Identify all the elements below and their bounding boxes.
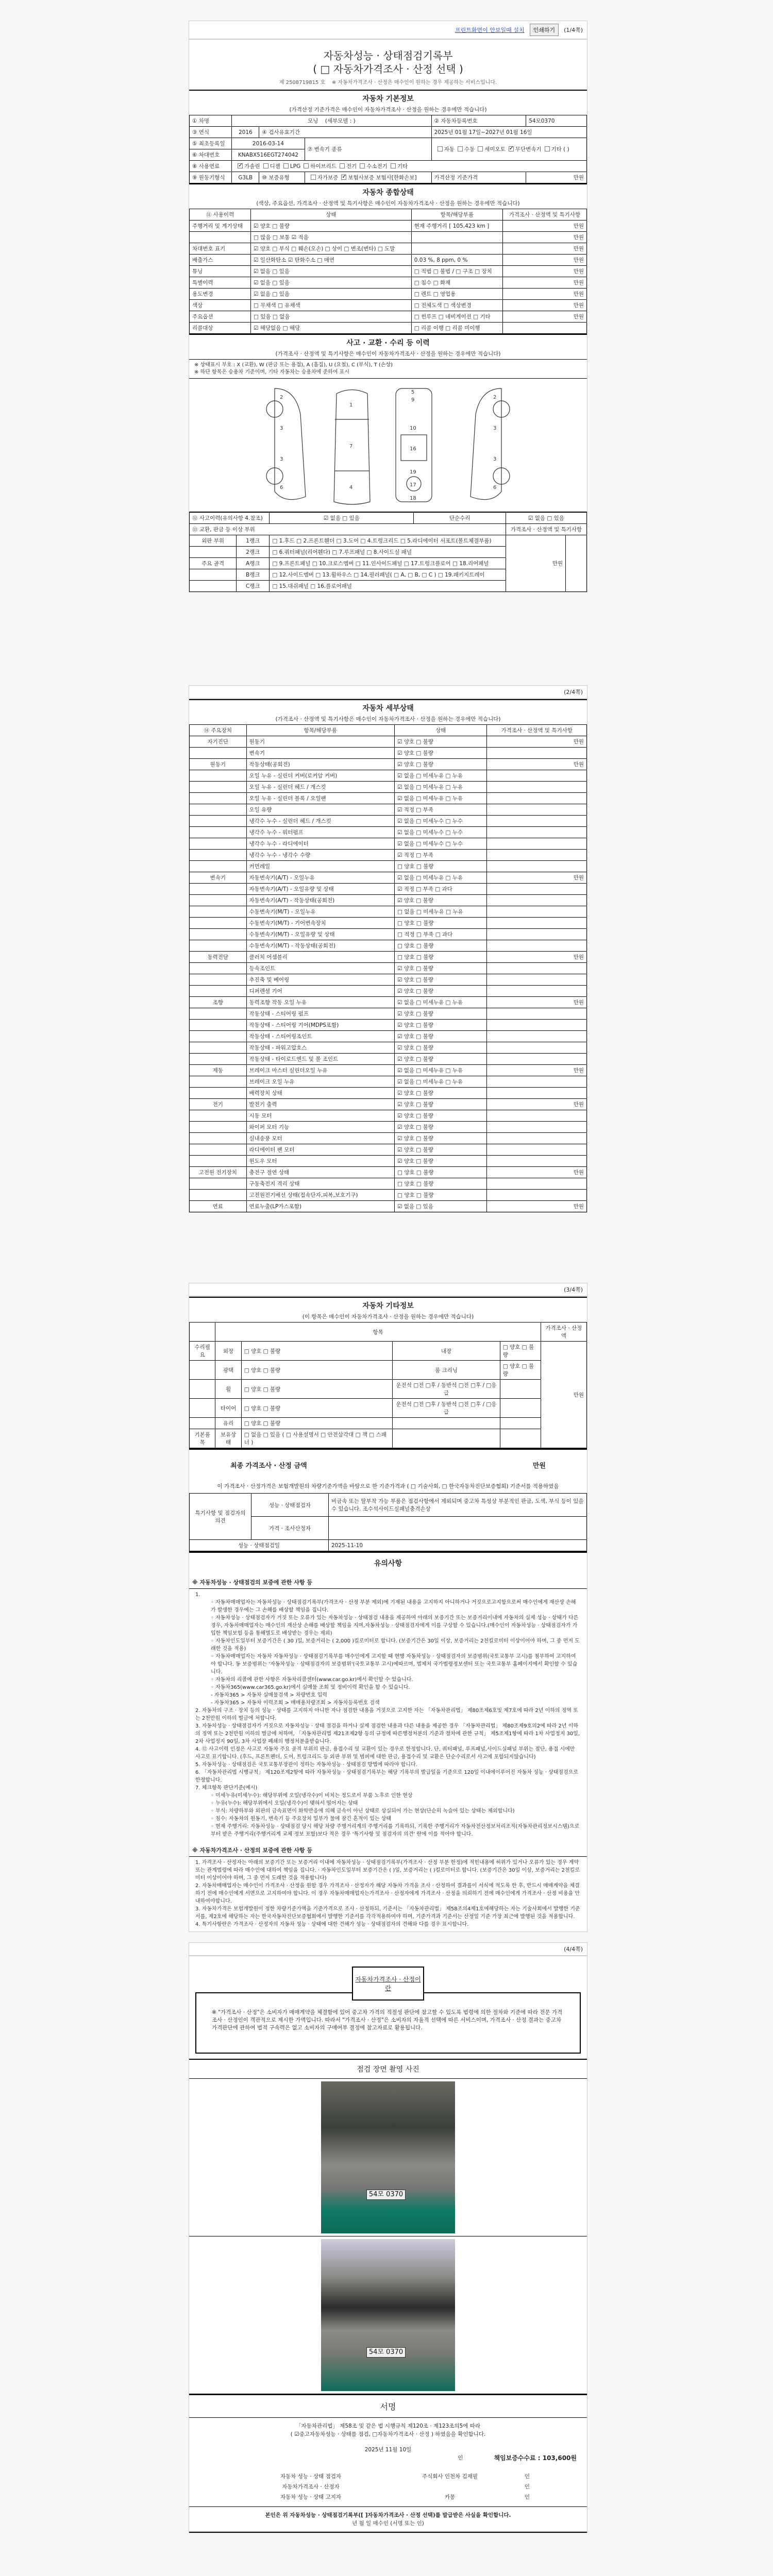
unit: 만원 bbox=[487, 1201, 587, 1212]
warranty-fee: 책임보증수수료 : 103,600원 bbox=[494, 2454, 577, 2462]
status-options[interactable]: □ 양호 □ 불량 bbox=[394, 1167, 487, 1178]
unit bbox=[487, 906, 587, 918]
status-options[interactable]: ☑ 양호 □ 불량 bbox=[394, 1110, 487, 1122]
unit: 만원 bbox=[502, 255, 586, 266]
status-options[interactable]: □ 많음 □ 보통 ☑ 적음 bbox=[251, 232, 412, 243]
device-label bbox=[190, 1088, 247, 1099]
device-label bbox=[190, 748, 247, 759]
status-options[interactable]: ☑ 없음 □ 미세누수 □ 누수 bbox=[394, 838, 487, 850]
item-label: 타이어 bbox=[215, 1399, 241, 1418]
section-note: (색상, 주요옵션, 가격조사 · 산정액 및 특기사항은 매수인이 자동차가격… bbox=[189, 199, 587, 207]
basic-info-table: ① 차명 모닝 (세부모델 : ) ② 자동차등록번호 54모0370 ③ 연식… bbox=[189, 115, 587, 183]
status-options[interactable]: ☑ 양호 □ 불량 bbox=[394, 759, 487, 770]
detail-table: ⑭ 주요장치항목/해당부품상태가격조사 · 산정액 및 특기사항 자기진단원동기… bbox=[189, 724, 587, 1212]
status-options[interactable]: ☑ 양호 □ 불량 bbox=[394, 895, 487, 906]
status-options[interactable]: ☑ 없음 □ 미세누유 □ 누유 bbox=[394, 793, 487, 804]
checkbox[interactable] bbox=[341, 175, 346, 180]
status-options[interactable]: ☑ 양호 □ 불량 bbox=[394, 1054, 487, 1065]
item-label: 클러치 어셈블리 bbox=[246, 952, 394, 963]
device-label bbox=[190, 1042, 247, 1054]
simple-repair-options[interactable]: ☑ 없음 □ 있음 bbox=[506, 513, 586, 524]
checkbox[interactable] bbox=[311, 175, 316, 180]
table-row: 작동상태 - 스티어링 기어(MDPS포함)☑ 양호 □ 불량 bbox=[190, 1020, 587, 1031]
group-label bbox=[190, 1361, 215, 1380]
item-label: 추진축 및 베어링 bbox=[246, 974, 394, 986]
item-detail: 0.03 %, 8 ppm, 0 % bbox=[411, 255, 502, 266]
checkbox[interactable] bbox=[238, 163, 243, 168]
column-header: ⑭ 주요장치 bbox=[190, 725, 247, 736]
group-label bbox=[190, 581, 237, 592]
status-options[interactable] bbox=[500, 1380, 541, 1399]
status-options[interactable]: □ 양호 □ 불량 bbox=[394, 1178, 487, 1190]
accident-table: ⑫ 사고이력(유의사항 4.참조) ☑ 없음 □ 있음 단순수리 ☑ 없음 □ … bbox=[189, 512, 587, 592]
receipt-block: 본인은 위 자동차성능 · 상태점검기록부([ ]자동차가격조사 · 산정 선택… bbox=[189, 2506, 587, 2533]
table-row: 수동변속기(M/T) - 작동상태(공회전)□ 양호 □ 불량 bbox=[190, 940, 587, 952]
row-label: 튜닝 bbox=[190, 266, 251, 277]
status-options[interactable]: ☑ 양호 □ 불량 bbox=[394, 986, 487, 997]
option-label: 세미오토 bbox=[484, 146, 506, 152]
section-title: 서명 bbox=[189, 2400, 587, 2412]
unit: 만원 bbox=[487, 952, 587, 963]
table-row: 오일 누유 - 실린더 블록 / 오일팬☑ 없음 □ 미세누유 □ 누유 bbox=[190, 793, 587, 804]
status-options[interactable]: □ 양호 □ 불량 bbox=[241, 1361, 393, 1380]
notice-item: ◦ 누유(누수): 해당부위에서 오일(냉각수)이 맺혀서 떨어지는 상태 bbox=[195, 1800, 581, 1807]
status-options[interactable]: ☑ 없음 □ 미세누수 □ 누수 bbox=[394, 827, 487, 838]
legend-line: ※ 하단 항목은 승용차 기준이며, 기타 자동차는 승용차에 준하여 표시 bbox=[194, 369, 582, 376]
column-header: 가격조사 · 산정액 및 특기사항 bbox=[502, 209, 586, 221]
status-options[interactable]: ☑ 양호 □ 불량 bbox=[394, 1088, 487, 1099]
table-row: 특별이력☑ 없음 □ 있음□ 침수 □ 화재만원 bbox=[190, 277, 587, 289]
about-text: ※ "가격조사 · 산정"은 소비자가 매매계약을 체결함에 있어 중고차 가격… bbox=[195, 1992, 581, 2054]
item-label: 광택 bbox=[215, 1361, 241, 1380]
table-row: 냉각수 누수 - 냉각수 수량☑ 적정 □ 부족 bbox=[190, 850, 587, 861]
table-row: 구동축전지 격리 상태□ 양호 □ 불량 bbox=[190, 1178, 587, 1190]
notice-title: ※ 자동차성능 · 상태점검의 보증에 관한 사항 등 bbox=[189, 1577, 587, 1589]
device-label bbox=[190, 1122, 247, 1133]
item-label: 작동상태 - 파워고압호스 bbox=[246, 1042, 394, 1054]
unit bbox=[487, 1020, 587, 1031]
status-options[interactable]: ☑ 양호 □ 불량 bbox=[251, 221, 412, 232]
item-label: 수동변속기(M/T) - 작동상태(공회전) bbox=[246, 940, 394, 952]
notice-item: ◦ 부식: 차량하부와 외판의 금속표면이 화학반응에 의해 금속이 아닌 상태… bbox=[195, 1807, 581, 1815]
group-label bbox=[190, 1418, 215, 1429]
unit bbox=[487, 1178, 587, 1190]
item-label: 라디에이터 팬 모터 bbox=[246, 1144, 394, 1156]
status-options[interactable]: ☑ 없음 □ 미세누유 □ 누유 bbox=[394, 782, 487, 793]
group-label: 외판 부위 bbox=[190, 535, 237, 547]
notice-item: 1. bbox=[195, 1591, 581, 1599]
status-options[interactable]: □ 양호 □ 불량 bbox=[241, 1399, 393, 1418]
status-options[interactable]: ☑ 적정 □ 부족 bbox=[394, 804, 487, 816]
status-options[interactable]: ☑ 없음 □ 미세누유 □ 누유 bbox=[394, 770, 487, 782]
table-row: 휠□ 양호 □ 불량운전석 □전 □후 / 동반석 □전 □후 / □응급 bbox=[190, 1380, 587, 1399]
inspector-opinion: 비금속 또는 탈부착 가능 부품은 점검사항에서 제외되며 중고차 특성상 부분… bbox=[329, 1494, 587, 1517]
device-label bbox=[190, 1008, 247, 1020]
status-options[interactable]: □ 없음 □ 있음 ( □ 사용설명서 □ 안전삼각대 □ 잭 □ 스패너 ) bbox=[241, 1429, 393, 1448]
table-row: 냉각수 누수 - 워터펌프☑ 없음 □ 미세누수 □ 누수 bbox=[190, 827, 587, 838]
notice-item: ◦ 침수: 자동차의 원동기, 변속기 등 주요장치 일부가 물에 잠긴 흔적이… bbox=[195, 1815, 581, 1823]
status-options[interactable]: ☑ 없음 □ 미세누수 □ 누수 bbox=[394, 816, 487, 827]
label: ② 자동차등록번호 bbox=[431, 115, 526, 127]
checkbox[interactable] bbox=[304, 163, 309, 168]
section-title: 유의사항 bbox=[189, 1558, 587, 1568]
notice-item: ◦ 미세누유(미세누수): 해당부위에 오일(냉각수)이 비치는 정도로서 부품… bbox=[195, 1792, 581, 1800]
notice-item: 3. 자동차가격은 보험개발원이 정한 차량기준가액을 기준가격으로 조사 · … bbox=[195, 1905, 581, 1921]
notices-heading: 유의사항 bbox=[189, 1551, 587, 1573]
status-options[interactable]: ☑ 적정 □ 부족 □ 과다 bbox=[394, 884, 487, 895]
item-label: 작동상태 - 스티어링 펌프 bbox=[246, 1008, 394, 1020]
unit: 만원 bbox=[502, 243, 586, 255]
group-label bbox=[190, 547, 237, 558]
document-viewer: 프린트화면이 안보일때 설치 인쇄하기 (1/4쪽) 자동차성능 · 상태점검기… bbox=[0, 0, 773, 2576]
device-label bbox=[190, 804, 247, 816]
device-label bbox=[190, 1031, 247, 1042]
status-options[interactable]: ☑ 일산화탄소 ☑ 탄화수소 □ 매연 bbox=[251, 255, 412, 266]
status-options[interactable]: □ 양호 □ 불량 bbox=[500, 1342, 541, 1361]
checkbox[interactable] bbox=[283, 163, 289, 168]
status-options[interactable]: ☑ 해당없음 □ 해당 bbox=[251, 323, 412, 334]
status-options[interactable] bbox=[500, 1429, 541, 1448]
item-label: 고전원전기배선 상태(접속단자,피복,보호기구) bbox=[246, 1190, 394, 1201]
table-row: 고전원 전기장치충전구 절연 상태□ 양호 □ 불량만원 bbox=[190, 1167, 587, 1178]
svg-text:3: 3 bbox=[280, 456, 283, 462]
status-options[interactable]: ☑ 양호 □ 불량 bbox=[394, 1099, 487, 1110]
item-label: 오일 유량 bbox=[246, 804, 394, 816]
status-options[interactable]: ☑ 없음 □ 미세누유 □ 누유 bbox=[394, 1065, 487, 1076]
table-row: 튜닝☑ 없음 □ 있음□ 적법 □ 불법 / □ 구조 □ 장치만원 bbox=[190, 266, 587, 277]
checkbox[interactable] bbox=[478, 146, 483, 151]
item-label: 냉각수 누수 - 라디에이터 bbox=[246, 838, 394, 850]
about-title: 자동차가격조사 · 산정이란 bbox=[352, 1967, 424, 2001]
status-options[interactable]: ☑ 양호 □ 불량 bbox=[394, 1156, 487, 1167]
section-title: 점검 장면 촬영 사진 bbox=[189, 2064, 587, 2074]
device-label bbox=[190, 1156, 247, 1167]
install-link[interactable]: 프린트화면이 안보일때 설치 bbox=[455, 26, 525, 34]
unit bbox=[487, 1031, 587, 1042]
row-label: 용도변경 bbox=[190, 289, 251, 300]
checkbox[interactable] bbox=[360, 163, 365, 168]
page-header: (3/4쪽) bbox=[189, 1283, 587, 1297]
svg-text:3: 3 bbox=[493, 456, 496, 462]
option-label: 기타 bbox=[397, 163, 408, 170]
status-options[interactable]: □ 양호 □ 불량 bbox=[394, 940, 487, 952]
column-header: 상태 bbox=[394, 725, 487, 736]
checkbox[interactable] bbox=[438, 146, 443, 151]
status-options[interactable]: ☑ 양호 □ 부식 □ 훼손(오손) □ 상이 □ 변조(변타) □ 도말 bbox=[251, 243, 412, 255]
rank-label: 1랭크 bbox=[237, 535, 270, 547]
row-label: 색상 bbox=[190, 300, 251, 311]
status-options[interactable]: ☑ 없음 □ 미세누유 □ 누유 bbox=[394, 997, 487, 1008]
item-label: 냉각수 누수 - 실린더 헤드 / 개스킷 bbox=[246, 816, 394, 827]
notice-item: ◦ 자동차인도일부터 보증기간은 ( 30 )일, 보증거리는 ( 2,000 … bbox=[195, 1637, 581, 1653]
item-label: 브레이크 마스터 실린더오일 누유 bbox=[246, 1065, 394, 1076]
unit: 만원 bbox=[487, 997, 587, 1008]
item-label bbox=[393, 1418, 500, 1429]
unit bbox=[487, 1133, 587, 1144]
status-options[interactable]: ☑ 적정 □ 부족 bbox=[394, 850, 487, 861]
status-options[interactable]: ☑ 없음 □ 있음 bbox=[251, 277, 412, 289]
unit bbox=[487, 838, 587, 850]
group-label: 기본품목 bbox=[190, 1429, 215, 1448]
rank-label: B랭크 bbox=[237, 569, 270, 581]
page-number: (3/4쪽) bbox=[564, 1285, 583, 1294]
print-toolbar: 프린트화면이 안보일때 설치 인쇄하기 (1/4쪽) bbox=[189, 21, 587, 40]
remarks bbox=[566, 535, 587, 592]
warranty-self: 자가보증 bbox=[317, 175, 339, 181]
part-options[interactable]: □ 6.쿼터패널(리어휀다) □ 7.루프패널 □ 8.사이드실 패널 bbox=[270, 547, 506, 558]
status-options[interactable]: ☑ 양호 □ 불량 bbox=[394, 963, 487, 974]
part-options[interactable]: □ 12.사이드멤버 □ 13.휠하우스 □ 14.필러패널( □ A, □ B… bbox=[270, 569, 506, 581]
buyer-line: 년 월 일 매수인 (서명 또는 인) bbox=[189, 2519, 587, 2528]
signer-role: 자동차 성능 · 상태 고지자 bbox=[239, 2492, 383, 2502]
status-options[interactable]: ☑ 양호 □ 불량 bbox=[394, 1020, 487, 1031]
status-options[interactable]: ☑ 양호 □ 불량 bbox=[394, 736, 487, 748]
label: ① 차명 bbox=[190, 115, 232, 127]
svg-text:7: 7 bbox=[349, 444, 352, 449]
notice-item: ◦ 자동차매매업자는 자동차 자동차성능 · 상태점검기록부를 매수인에게 고지… bbox=[195, 1653, 581, 1676]
table-row: 타이어□ 양호 □ 불량운전석 □전 □후 / 동반석 □전 □후 / □응급 bbox=[190, 1399, 587, 1418]
item-label: 냉각수 누수 - 냉각수 수량 bbox=[246, 850, 394, 861]
item-label: 자동변속기(A/T) - 작동상태(공회전) bbox=[246, 895, 394, 906]
device-label: 조향 bbox=[190, 997, 247, 1008]
status-options[interactable]: ☑ 양호 □ 불량 bbox=[394, 1042, 487, 1054]
notice-item: 4. 특기사항란은 가격조사 · 산정자의 자동차 성능 · 상태에 대한 견해… bbox=[195, 1921, 581, 1928]
device-label bbox=[190, 963, 247, 974]
label: 가격조사 · 산정액 및 특기사항 bbox=[506, 524, 586, 535]
notice-title: ※ 자동차가격조사 · 산정의 보증에 관한 사항 등 bbox=[189, 1844, 587, 1857]
item-detail: □ 썬루프 □ 네비게이션 □ 기타 bbox=[411, 311, 502, 323]
section-note: (이 항목은 매수인이 자동차가격조사 · 산정을 원하는 경우에만 적습니다) bbox=[189, 1313, 587, 1320]
checkbox[interactable] bbox=[340, 163, 345, 168]
unit bbox=[487, 929, 587, 940]
table-row: 원동기작동상태(공회전)☑ 양호 □ 불량만원 bbox=[190, 759, 587, 770]
page-number: (4/4쪽) bbox=[564, 1945, 583, 1953]
table-row: 전기발전기 출력☑ 양호 □ 불량만원 bbox=[190, 1099, 587, 1110]
table-row: 냉각수 누수 - 라디에이터☑ 없음 □ 미세누수 □ 누수 bbox=[190, 838, 587, 850]
car-name: 모닝 bbox=[308, 118, 318, 124]
unit: 만원 bbox=[487, 872, 587, 884]
row-label: 주행거리 및 계기상태 bbox=[190, 221, 251, 232]
status-options[interactable]: □ 양호 □ 불량 bbox=[241, 1380, 393, 1399]
status-options[interactable]: □ 양호 □ 불량 bbox=[394, 952, 487, 963]
status-options[interactable]: □ 무채색 □ 유채색 bbox=[251, 300, 412, 311]
notice-item: 2. 자동차매매업자는 매수인이 가격조사 · 산정을 원할 경우 가격조사 ·… bbox=[195, 1882, 581, 1905]
appraiser-opinion bbox=[329, 1517, 587, 1540]
print-button[interactable]: 인쇄하기 bbox=[530, 24, 559, 36]
part-options[interactable]: □ 9.프론트패널 □ 10.크로스멤버 □ 11.인사이드패널 □ 17.트렁… bbox=[270, 558, 506, 569]
unit bbox=[487, 816, 587, 827]
signer-name: 카몽 bbox=[383, 2492, 517, 2502]
notice-item: 3. 자동차성능 · 상태점검자가 거짓으로 자동차성능 · 상태 점검을 하거… bbox=[195, 1722, 581, 1745]
checkbox[interactable] bbox=[263, 163, 268, 168]
header: 항목 bbox=[215, 1323, 541, 1342]
device-label bbox=[190, 918, 247, 929]
inspection-date: 2025-11-10 bbox=[329, 1540, 587, 1551]
device-label: 전기 bbox=[190, 1099, 247, 1110]
page-3: (3/4쪽) 자동차 기타정보 (이 항목은 매수인이 자동차가격조사 · 산정… bbox=[189, 1283, 587, 1932]
item-detail: □ 렌트 □ 영업용 bbox=[411, 289, 502, 300]
column-header: 가격조사 · 산정액 및 특기사항 bbox=[487, 725, 587, 736]
column-header: 항목/해당부품 bbox=[246, 725, 394, 736]
svg-text:9: 9 bbox=[411, 397, 414, 403]
item-label: 등속조인트 bbox=[246, 963, 394, 974]
table-row: 오일 유량☑ 적정 □ 부족 bbox=[190, 804, 587, 816]
status-options[interactable] bbox=[500, 1418, 541, 1429]
unit: 만원 bbox=[506, 535, 565, 592]
status-options[interactable] bbox=[500, 1399, 541, 1418]
table-row: 동력전달클러치 어셈블리□ 양호 □ 불량만원 bbox=[190, 952, 587, 963]
table-row: 배출가스☑ 일산화탄소 ☑ 탄화수소 □ 매연0.03 %, 8 ppm, 0 … bbox=[190, 255, 587, 266]
svg-text:18: 18 bbox=[410, 496, 416, 501]
unit bbox=[487, 1110, 587, 1122]
unit: 만원 bbox=[502, 300, 586, 311]
item-label: 유리 bbox=[215, 1418, 241, 1429]
part-options[interactable]: □ 1.후드 □ 2.프론트휀더 □ 3.도어 □ 4.트렁크리드 □ 5.라디… bbox=[270, 535, 506, 547]
item-label: 내장 bbox=[393, 1342, 500, 1361]
table-row: 제동브레이크 마스터 실린더오일 누유☑ 없음 □ 미세누유 □ 누유만원 bbox=[190, 1065, 587, 1076]
status-options[interactable]: □ 없음 □ 미세누유 □ 누유 bbox=[394, 906, 487, 918]
section-note: (가격조사 · 산정액 및 특기사항은 매수인이 자동차가격조사 · 산정을 원… bbox=[189, 350, 587, 358]
option-label: 기타 ( ) bbox=[551, 146, 569, 152]
unit bbox=[487, 918, 587, 929]
item-detail bbox=[411, 243, 502, 255]
item-detail: □ 침수 □ 화재 bbox=[411, 277, 502, 289]
unit: 만원 bbox=[487, 736, 587, 748]
status-options[interactable]: □ 양호 □ 불량 bbox=[241, 1342, 393, 1361]
item-label: 외장 bbox=[215, 1342, 241, 1361]
part-options[interactable]: □ 15.대쉬패널 □ 16.플로어패널 bbox=[270, 581, 506, 592]
device-label: 연료 bbox=[190, 1201, 247, 1212]
table-row: 등속조인트☑ 양호 □ 불량 bbox=[190, 963, 587, 974]
svg-text:5: 5 bbox=[411, 389, 414, 395]
status-options[interactable]: □ 있음 □ 없음 bbox=[251, 311, 412, 323]
status-options[interactable]: ☑ 양호 □ 불량 bbox=[394, 1122, 487, 1133]
item-label: 브레이크 오일 누유 bbox=[246, 1076, 394, 1088]
table-row: 리콜대상☑ 해당없음 □ 해당□ 리콜 이행 □ 리콜 미이행 bbox=[190, 323, 587, 334]
table-row: 와이퍼 모터 기능☑ 양호 □ 불량 bbox=[190, 1122, 587, 1133]
table-row: 주행거리 및 계기상태☑ 양호 □ 불량현재 주행거리 [ 105,423 km… bbox=[190, 221, 587, 232]
device-label bbox=[190, 1054, 247, 1065]
item-label: 연료누출(LP가스포함) bbox=[246, 1201, 394, 1212]
table-row: 연료연료누출(LP가스포함)☑ 없음 □ 있음만원 bbox=[190, 1201, 587, 1212]
label: ⑧ 사용연료 bbox=[190, 161, 232, 172]
label: ⑬ 교환, 판금 등 이상 부위 bbox=[190, 524, 506, 535]
unit: 만원 bbox=[502, 289, 586, 300]
device-label bbox=[190, 1020, 247, 1031]
notice-item: 4. ⑫ 사고이력 인정은 사고로 자동차 주요 골격 부위의 판금, 용접수리… bbox=[195, 1745, 581, 1761]
status-options[interactable]: □ 양호 □ 불량 bbox=[241, 1418, 393, 1429]
page-4: (4/4쪽) 자동차가격조사 · 산정이란 ※ "가격조사 · 산정"은 소비자… bbox=[189, 1942, 587, 2533]
label: ⑥ 차대번호 bbox=[190, 149, 232, 161]
status-options[interactable]: ☑ 양호 □ 불량 bbox=[394, 748, 487, 759]
unit bbox=[487, 782, 587, 793]
row-label: 주요옵션 bbox=[190, 311, 251, 323]
unit: 만원 bbox=[526, 172, 587, 183]
signer-name bbox=[383, 2482, 517, 2492]
status-options[interactable]: ☑ 없음 □ 미세누유 □ 누유 bbox=[394, 872, 487, 884]
device-label bbox=[190, 906, 247, 918]
section-title: 사고 · 교환 · 수리 등 이력 bbox=[189, 337, 587, 348]
page-number: (2/4쪽) bbox=[564, 688, 583, 696]
column-header: 항목/해당부품 bbox=[411, 209, 502, 221]
checkbox[interactable] bbox=[545, 146, 550, 151]
svg-text:2: 2 bbox=[493, 395, 496, 400]
label: ⑦ 변속기 종류 bbox=[305, 138, 431, 161]
device-label: 변속기 bbox=[190, 872, 247, 884]
signer-row: 자동차 성능 · 상태 점검자주식회사 인천차 김재필인 bbox=[189, 2471, 587, 2482]
signer-role: 자동차가격조사 · 산정자 bbox=[239, 2482, 383, 2492]
signer-name: 주식회사 인천차 김재필 bbox=[383, 2471, 517, 2482]
status-options[interactable]: ☑ 없음 □ 있음 bbox=[251, 266, 412, 277]
device-label bbox=[190, 884, 247, 895]
option-label: 무단변속기 bbox=[515, 146, 542, 152]
status-options[interactable]: ☑ 양호 □ 불량 bbox=[394, 1031, 487, 1042]
status-options[interactable]: □ 적정 □ 부족 □ 과다 bbox=[394, 929, 487, 940]
status-options[interactable]: ☑ 양호 □ 불량 bbox=[394, 974, 487, 986]
device-label bbox=[190, 838, 247, 850]
device-label bbox=[190, 816, 247, 827]
table-row: 실내송풍 모터☑ 양호 □ 불량 bbox=[190, 1133, 587, 1144]
table-row: 자기진단원동기☑ 양호 □ 불량만원 bbox=[190, 736, 587, 748]
status-options[interactable]: ☑ 없음 □ 미세누유 □ 누유 bbox=[394, 1076, 487, 1088]
status-options[interactable]: ☑ 양호 □ 불량 bbox=[394, 1008, 487, 1020]
checkbox[interactable] bbox=[458, 146, 463, 151]
table-row: □ 많음 □ 보통 ☑ 적음만원 bbox=[190, 232, 587, 243]
signature-date: 2025년 11월 10일 bbox=[189, 2446, 587, 2454]
accident-options[interactable]: ☑ 없음 □ 있음 bbox=[270, 513, 414, 524]
item-label: 실내송풍 모터 bbox=[246, 1133, 394, 1144]
table-row: 색상□ 무채색 □ 유채색□ 전체도색 □ 색상변경만원 bbox=[190, 300, 587, 311]
checkbox[interactable] bbox=[509, 146, 514, 151]
checkbox[interactable] bbox=[391, 163, 396, 168]
registration-number: 54모0370 bbox=[526, 115, 587, 127]
inspection-validity: 2025년 01월 17일~2027년 01월 16일 bbox=[431, 127, 586, 138]
status-options[interactable]: □ 양호 □ 불량 bbox=[394, 1190, 487, 1201]
status-options[interactable]: ☑ 없음 □ 있음 bbox=[251, 289, 412, 300]
status-options[interactable]: ☑ 없음 □ 있음 bbox=[394, 1201, 487, 1212]
unit bbox=[487, 1042, 587, 1054]
table-row: 냉각수 누수 - 실린더 헤드 / 개스킷☑ 없음 □ 미세누수 □ 누수 bbox=[190, 816, 587, 827]
first-registration: 2016-03-14 bbox=[232, 138, 305, 149]
status-options[interactable]: □ 양호 □ 불량 bbox=[394, 918, 487, 929]
status-options[interactable]: □ 양호 □ 불량 bbox=[500, 1361, 541, 1380]
item-label: 충전구 절연 상태 bbox=[246, 1167, 394, 1178]
status-options[interactable]: ☑ 양호 □ 불량 bbox=[394, 1144, 487, 1156]
fuel-options: 가솔린디젤LPG하이브리드전기수소전기기타 bbox=[232, 161, 587, 172]
option-label: 수동 bbox=[464, 146, 475, 152]
label: ⑩ 보증유형 bbox=[259, 172, 305, 183]
item-label: 수동변속기(M/T) - 기어변속장치 bbox=[246, 918, 394, 929]
item-label: 휠 bbox=[215, 1380, 241, 1399]
page-header: (2/4쪽) bbox=[189, 686, 587, 699]
option-label: 하이브리드 bbox=[310, 163, 337, 170]
notice-item: ◦ 현재 주행거리: 자동차성능 · 상태점검 당시 해당 차량 주행거리계의 … bbox=[195, 1823, 581, 1838]
license-plate: 54모 0370 bbox=[366, 2190, 406, 2200]
unit bbox=[487, 793, 587, 804]
final-price-row: 최종 가격조사 · 산정 금액만원 bbox=[189, 1448, 587, 1479]
unit: 만원 bbox=[487, 1167, 587, 1178]
status-options[interactable]: ☑ 양호 □ 불량 bbox=[394, 1133, 487, 1144]
status-options[interactable]: □ 양호 □ 불량 bbox=[394, 861, 487, 872]
notice-item: 5. 자동차성능 · 상태점검은 국토교통부장관이 정하는 자동차성능 · 상태… bbox=[195, 1761, 581, 1769]
unit bbox=[502, 323, 586, 334]
table-row: 윈도우 모터☑ 양호 □ 불량 bbox=[190, 1156, 587, 1167]
device-label bbox=[190, 986, 247, 997]
label: ⑤ 최초등록일 bbox=[190, 138, 232, 149]
row-label: 배출가스 bbox=[190, 255, 251, 266]
item-label: 작동상태(공회전) bbox=[246, 759, 394, 770]
header: 가격조사 · 산정액 bbox=[541, 1323, 586, 1342]
